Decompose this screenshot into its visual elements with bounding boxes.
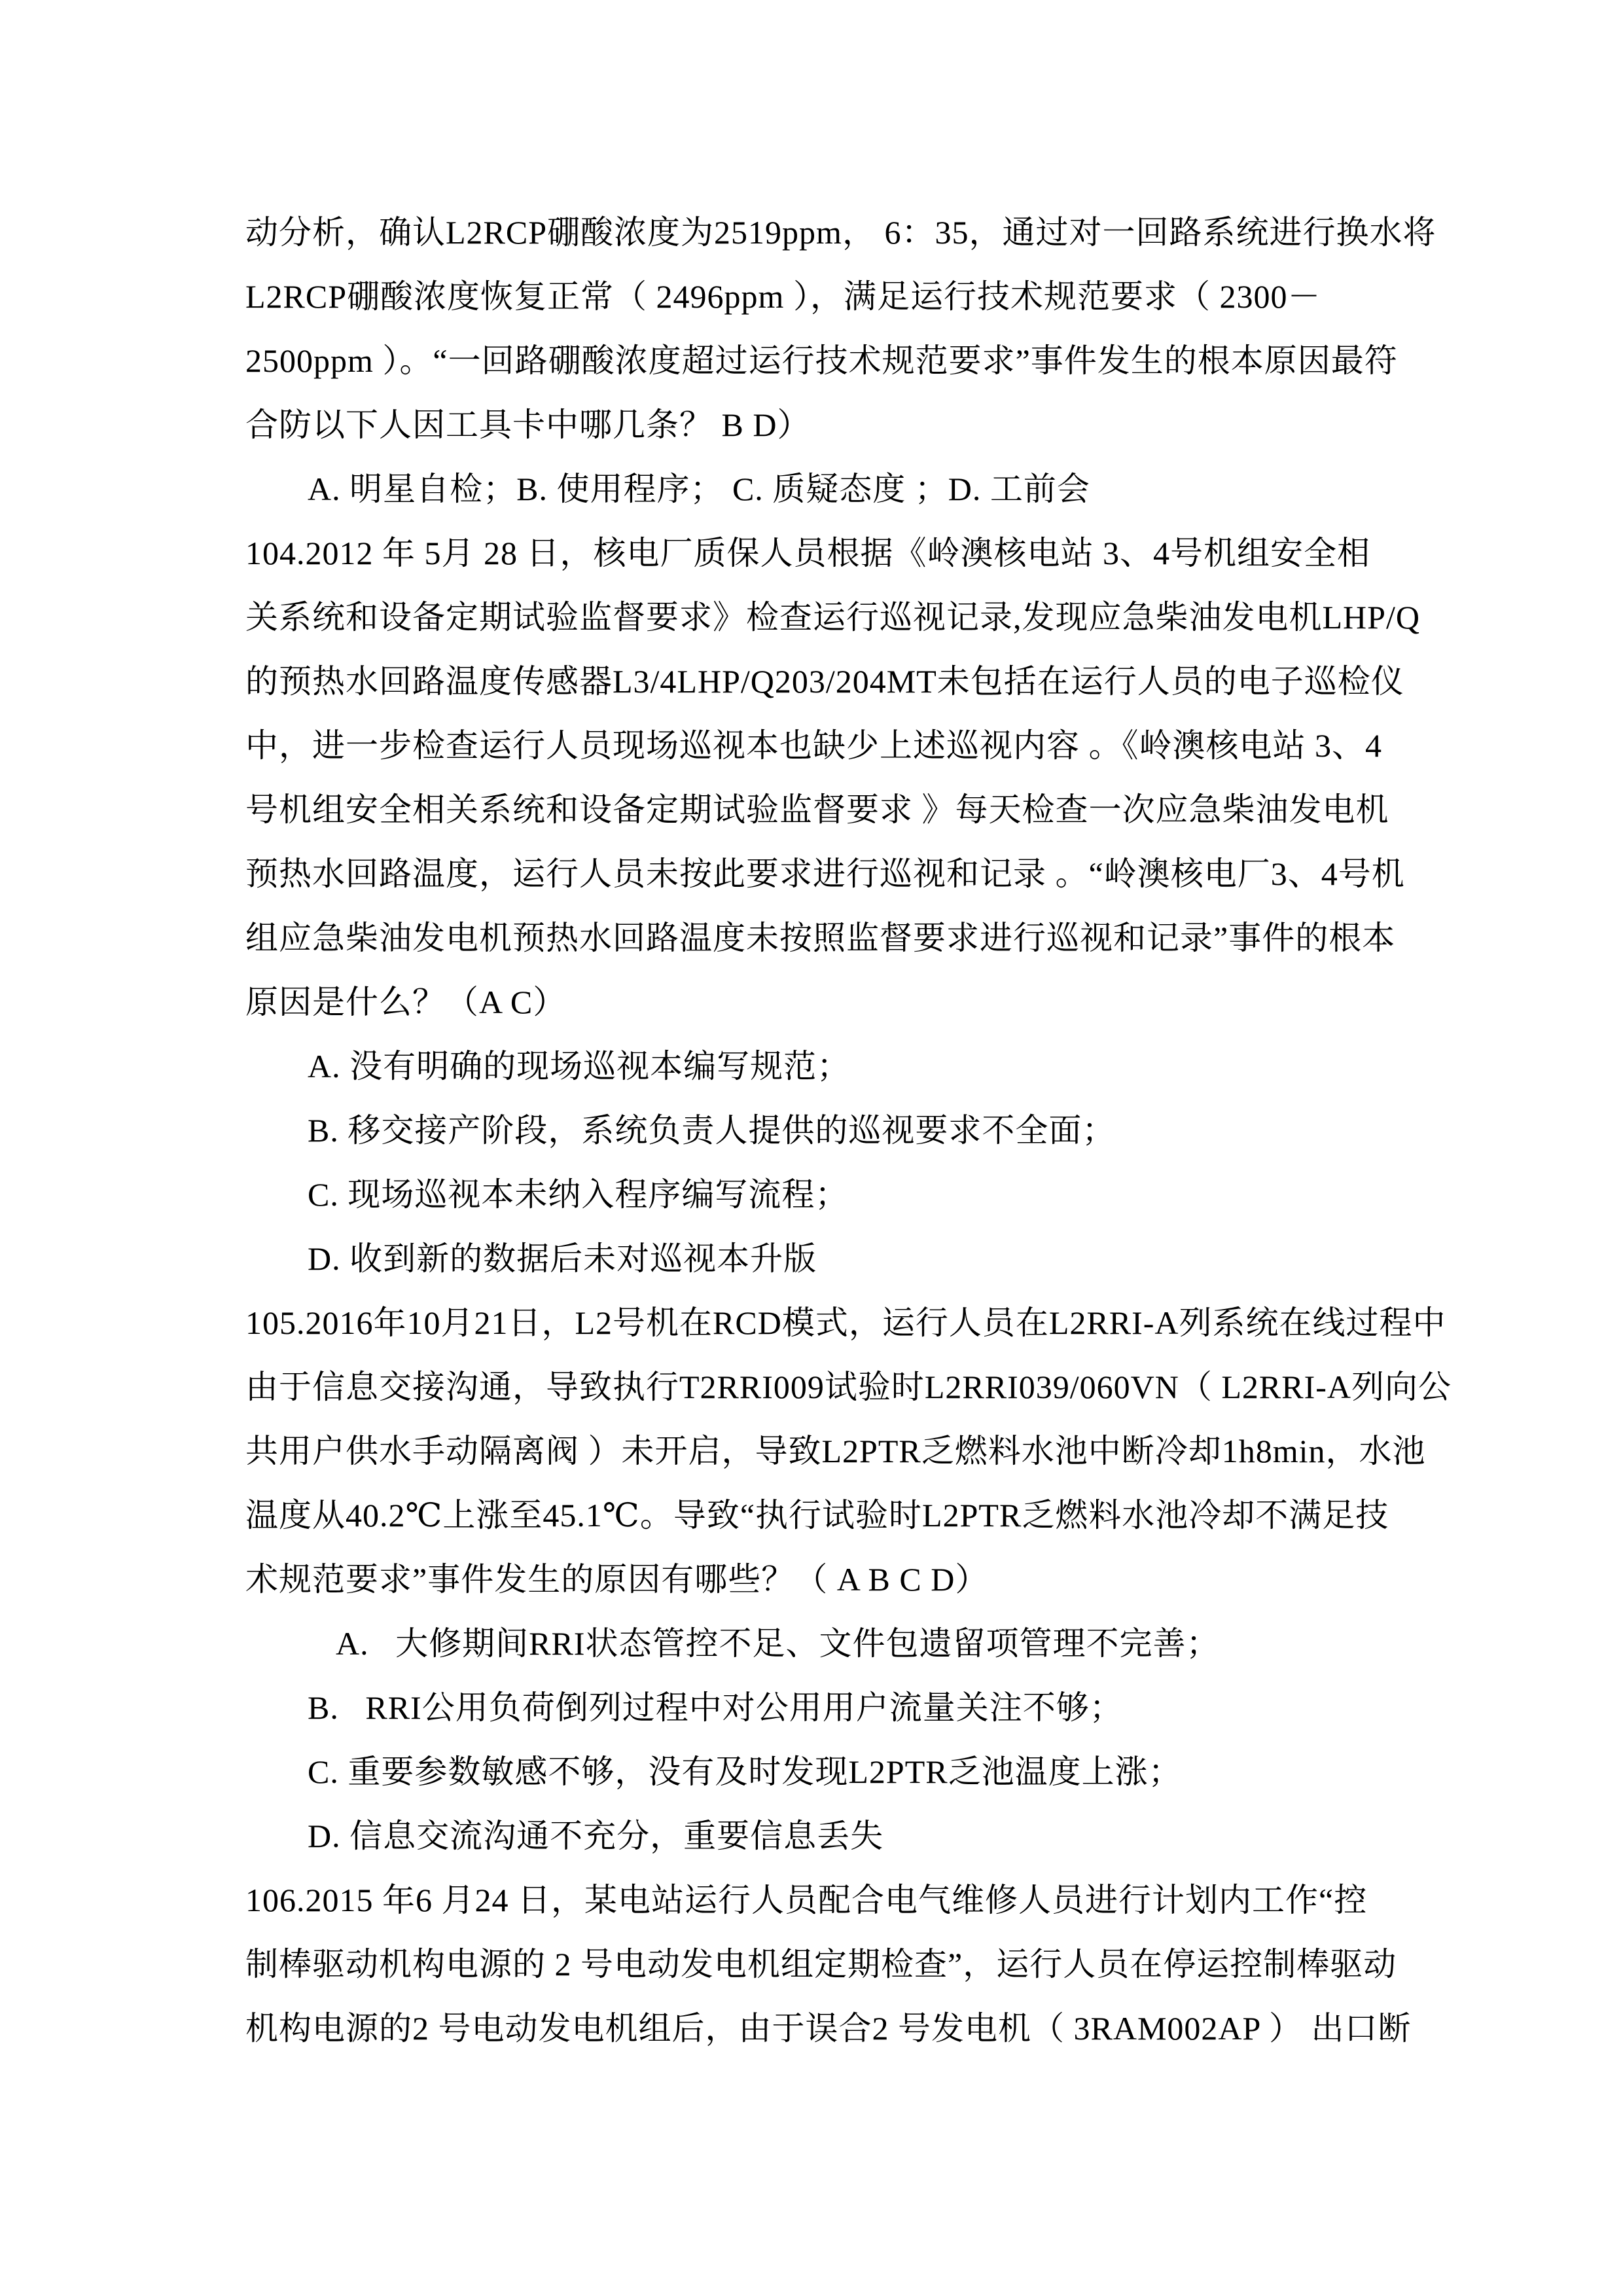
text-line: 合防以下人因工具卡中哪几条？ B D） — [245, 393, 1384, 457]
text-line: L2RCP硼酸浓度恢复正常（ 2496ppm ），满足运行技术规范要求（ 230… — [245, 264, 1384, 329]
text-line: 制棒驱动机构电源的 2 号电动发电机组定期检查”，运行人员在停运控制棒驱动 — [245, 1932, 1384, 1996]
text-line: 104.2012 年 5月 28 日，核电厂质保人员根据《岭澳核电站 3、4号机… — [245, 521, 1384, 585]
text-line: A. 没有明确的现场巡视本编写规范； — [245, 1034, 1384, 1098]
text-line: 原因是什么？（A C） — [245, 970, 1384, 1034]
text-line: B. 移交接产阶段，系统负责人提供的巡视要求不全面； — [245, 1098, 1384, 1162]
text-line: 预热水回路温度，运行人员未按此要求进行巡视和记录 。“岭澳核电厂3、4号机 — [245, 842, 1384, 906]
text-line: 由于信息交接沟通，导致执行T2RRI009试验时L2RRI039/060VN（ … — [245, 1355, 1384, 1419]
text-line: A. 明星自检；B. 使用程序； C. 质疑态度 ；D. 工前会 — [245, 457, 1384, 521]
text-line: 组应急柴油发电机预热水回路温度未按照监督要求进行巡视和记录”事件的根本 — [245, 906, 1384, 970]
text-line: 动分析，确认L2RCP硼酸浓度为2519ppm， 6：35，通过对一回路系统进行… — [245, 200, 1384, 264]
text-line: 关系统和设备定期试验监督要求》检查运行巡视记录,发现应急柴油发电机LHP/Q — [245, 585, 1384, 649]
text-line: 2500ppm ）。“一回路硼酸浓度超过运行技术规范要求”事件发生的根本原因最符 — [245, 329, 1384, 393]
text-line: C. 重要参数敏感不够，没有及时发现L2PTR乏池温度上涨； — [245, 1740, 1384, 1804]
text-line: D. 信息交流沟通不充分，重要信息丢失 — [245, 1804, 1384, 1868]
text-line: 106.2015 年6 月24 日，某电站运行人员配合电气维修人员进行计划内工作… — [245, 1868, 1384, 1932]
text-line: A. 大修期间RRI状态管控不足、文件包遗留项管理不完善； — [245, 1611, 1384, 1676]
document-page: 动分析，确认L2RCP硼酸浓度为2519ppm， 6：35，通过对一回路系统进行… — [0, 0, 1623, 2296]
text-line: 的预热水回路温度传感器L3/4LHP/Q203/204MT未包括在运行人员的电子… — [245, 649, 1384, 713]
text-line: 温度从40.2℃上涨至45.1℃。导致“执行试验时L2PTR乏燃料水池冷却不满足… — [245, 1483, 1384, 1547]
text-line: D. 收到新的数据后未对巡视本升版 — [245, 1227, 1384, 1291]
text-line: 机构电源的2 号电动发电机组后，由于误合2 号发电机（ 3RAM002AP ） … — [245, 1996, 1384, 2060]
text-line: C. 现场巡视本未纳入程序编写流程； — [245, 1162, 1384, 1227]
text-line: B. RRI公用负荷倒列过程中对公用用户流量关注不够； — [245, 1676, 1384, 1740]
text-line: 术规范要求”事件发生的原因有哪些？（ A B C D） — [245, 1547, 1384, 1611]
text-line: 中，进一步检查运行人员现场巡视本也缺少上述巡视内容 。《岭澳核电站 3、4 — [245, 713, 1384, 778]
text-line: 105.2016年10月21日，L2号机在RCD模式，运行人员在L2RRI-A列… — [245, 1291, 1384, 1355]
text-line: 号机组安全相关系统和设备定期试验监督要求 》每天检查一次应急柴油发电机 — [245, 778, 1384, 842]
document-text-block: 动分析，确认L2RCP硼酸浓度为2519ppm， 6：35，通过对一回路系统进行… — [245, 200, 1384, 2060]
text-line: 共用户供水手动隔离阀 ）未开启，导致L2PTR乏燃料水池中断冷却1h8min，水… — [245, 1419, 1384, 1483]
